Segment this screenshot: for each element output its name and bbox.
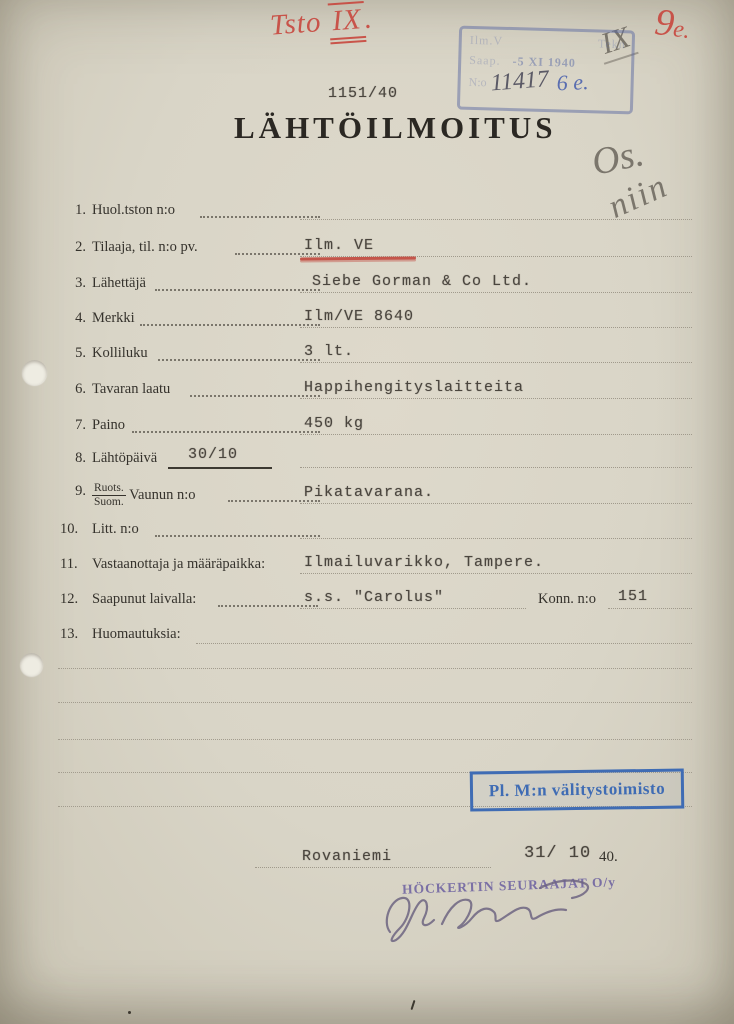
blank-line [58, 668, 692, 669]
leader-dots [132, 421, 320, 433]
form-row-8: 8. Lähtöpäivä 30/10 [60, 450, 692, 472]
form-row-2: 2. Tilaaja, til. n:o pv. Ilm. VE [60, 239, 692, 261]
fraction-top: Ruots. [92, 483, 126, 496]
document-page: TstoIX. 9e. IX Ilm.V Tekn Saap. -5 XI 19… [0, 0, 734, 1024]
row-label: Saapunut laivalla: [92, 591, 196, 608]
paper-speck [128, 1011, 131, 1014]
receipt-stamp-number-label: N:o [468, 75, 486, 90]
typed-value: Siebe Gorman & Co Ltd. [312, 273, 532, 290]
red-price-annotation: 9e. [652, 0, 693, 48]
typed-value: Pikatavarana. [304, 484, 434, 501]
form-row-11: 11. Vastaanottaja ja määräpaikka: Ilmail… [60, 556, 692, 578]
leader-dots [155, 525, 320, 537]
konn-typed-value: 151 [618, 588, 648, 605]
red-office-annotation-prefix: Tsto [269, 6, 322, 42]
row-label: Paino [92, 417, 125, 434]
row-label: Lähettäjä [92, 275, 146, 292]
language-fraction: Ruots. Suom. [92, 483, 126, 508]
punch-hole [20, 653, 43, 676]
row-label: Ruots. Suom. Vaunun n:o [92, 483, 196, 508]
row-number: 1. [62, 202, 86, 219]
receipt-stamp-org-line: Ilm.V Tekn [470, 33, 626, 52]
form-row-13: 13. Huomautuksia: [60, 626, 692, 648]
row-number: 2. [62, 239, 86, 256]
paper-speck [411, 1000, 416, 1010]
form-row-10: 10. Litt. n:o [60, 521, 692, 543]
row-number: 5. [62, 345, 86, 362]
receipt-stamp: Ilm.V Tekn Saap. -5 XI 1940 N:o 11417 6 … [457, 26, 635, 115]
typed-value: Ilm/VE 8640 [304, 308, 414, 325]
value-line [300, 204, 692, 220]
form-row-1: 1. Huol.tston n:o [60, 202, 692, 224]
row-label: Merkki [92, 310, 135, 327]
receipt-stamp-suffix-handwritten: 6 e. [556, 72, 589, 93]
row-number: 7. [62, 417, 86, 434]
receipt-stamp-org-left: Ilm.V [470, 33, 504, 49]
signature [360, 862, 600, 952]
red-price-unit: e. [672, 16, 692, 44]
row-number: 10. [60, 521, 86, 538]
row-number: 8. [62, 450, 86, 467]
leader-dots [155, 279, 320, 291]
date-underline [168, 467, 272, 469]
row-number: 12. [60, 591, 86, 608]
fraction-bottom: Suom. [92, 496, 126, 508]
row-label: Kolliluku [92, 345, 148, 362]
year-printed: 40. [599, 849, 618, 866]
form-row-5: 5. Kolliluku 3 lt. [60, 345, 692, 367]
red-office-annotation-numeral: IX [328, 1, 366, 44]
blank-line [58, 739, 692, 740]
receipt-stamp-number-handwritten: 11417 [490, 69, 550, 93]
punch-hole [22, 360, 47, 385]
typed-value: Ilm. VE [304, 237, 374, 254]
value-line [300, 452, 692, 468]
row-number: 6. [62, 381, 86, 398]
date-typed-value: 31/ 10 [524, 844, 591, 863]
typed-value: Ilmailuvarikko, Tampere. [304, 554, 544, 571]
row-label: Huol.tston n:o [92, 202, 175, 219]
blank-line [58, 702, 692, 703]
intermediary-office-stamp: Pl. M:n välitystoimisto [470, 769, 685, 812]
konn-label: Konn. n:o [538, 591, 596, 608]
red-office-annotation-suffix: . [363, 2, 373, 34]
row-label: Litt. n:o [92, 521, 139, 538]
row-label: Lähtöpäivä [92, 450, 157, 467]
row-label: Tilaaja, til. n:o pv. [92, 239, 198, 256]
leader-dots [158, 349, 320, 361]
receipt-stamp-date-label: Saap. [469, 53, 501, 68]
value-line [300, 347, 692, 363]
row-number: 3. [62, 275, 86, 292]
form-row-12: 12. Saapunut laivalla: s.s. "Carolus" Ko… [60, 591, 692, 613]
red-office-annotation: TstoIX. [269, 2, 374, 42]
typed-value: s.s. "Carolus" [304, 589, 444, 606]
row-label: Tavaran laatu [92, 381, 170, 398]
row-number: 9. [62, 483, 86, 500]
typed-value: 450 kg [304, 415, 364, 432]
form-row-4: 4. Merkki Ilm/VE 8640 [60, 310, 692, 332]
form-row-7: 7. Paino 450 kg [60, 417, 692, 439]
receipt-stamp-number-line: N:o 11417 6 e. [468, 70, 624, 94]
row-label-text: Vaunun n:o [129, 487, 195, 503]
form-row-9: 9. Ruots. Suom. Vaunun n:o Pikatavarana. [60, 483, 692, 505]
row-number: 4. [62, 310, 86, 327]
form-row-3: 3. Lähettäjä Siebe Gorman & Co Ltd. [60, 275, 692, 297]
form-row-6: 6. Tavaran laatu Happihengityslaitteita [60, 381, 692, 403]
leader-dots [140, 314, 320, 326]
value-line [196, 628, 692, 644]
red-underline-mark [300, 256, 416, 260]
row-label: Vastaanottaja ja määräpaikka: [92, 556, 265, 573]
row-number: 11. [60, 556, 86, 573]
typed-value: 3 lt. [304, 343, 354, 360]
row-number: 13. [60, 626, 86, 643]
receipt-stamp-org-right: Tekn [598, 36, 626, 52]
typed-value: Happihengityslaitteita [304, 379, 524, 396]
typed-value: 30/10 [188, 446, 238, 463]
form-number: 1151/40 [328, 85, 398, 102]
value-line [300, 523, 692, 539]
row-label: Huomautuksia: [92, 626, 181, 643]
